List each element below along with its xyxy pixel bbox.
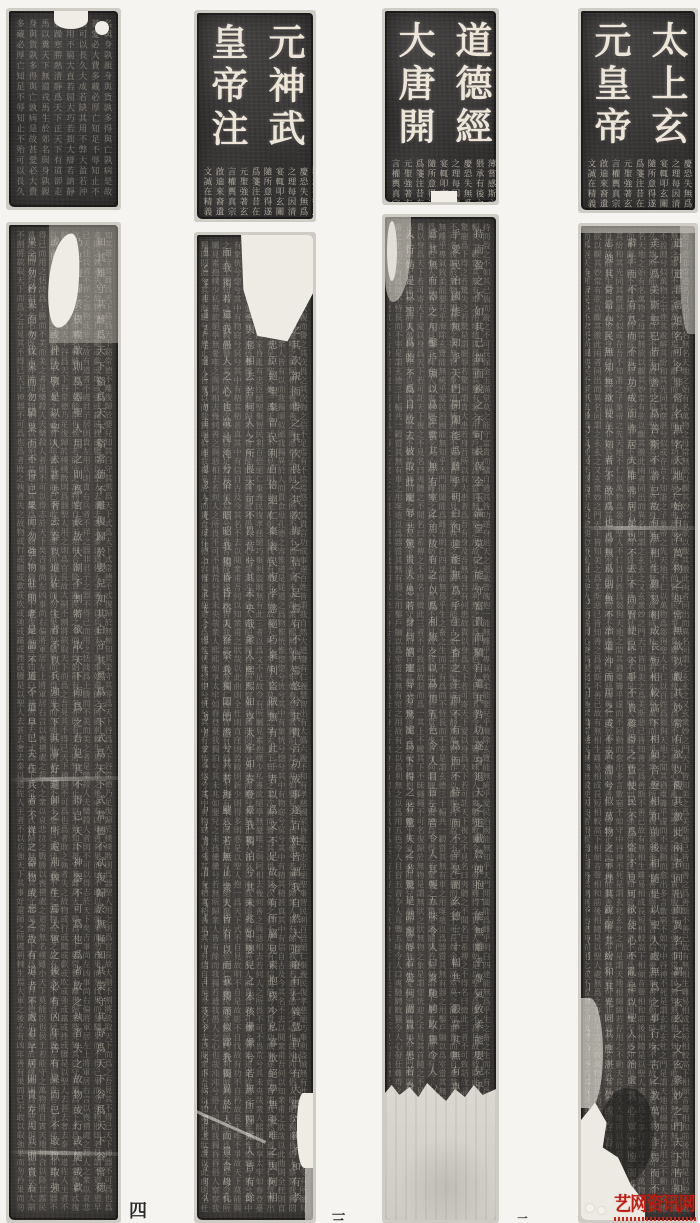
stele-face-2: 道德經大唐開 昔在元聖強著玄言權輿真宗啟迪來裔遺文誠在精義頗乖撮其指歸雖蜀嚴而猶… [382,0,499,1223]
face-3-header-fragment: 元神武皇帝注 昔在元聖強著玄言權輿真宗啟迪來裔遺文誠在精義頗乖撮其指歸雖蜀嚴而猶… [194,10,316,222]
edge-nick [297,1093,313,1168]
face-3-body-fragment: 太上下知有之其次親而譽之其次畏之其次侮之信不足焉有不信焉悠兮其貴言功成事遂百姓皆… [194,232,316,1223]
watermark-url-strip [614,1217,696,1221]
face-2-body-ink: 持而盈之不如其已揣而銳之不可長保金玉滿堂莫之能守富貴而驕自遺其咎功遂身退天之道載… [385,217,496,1220]
face-4-top-text: 名與身孰親身與貨孰多得與亡孰病是故甚愛必大費多藏必厚亡知足不辱知止不殆可以長久大… [14,19,113,199]
face-2-inscription-highlights: 持而盈之不如其已揣而銳之不可長保金玉滿堂莫之能守富貴而驕自遺其咎功遂身退天之道載… [392,229,489,1208]
face-3-preface-text: 昔在元聖強著玄言權輿真宗啟迪來裔遺文誠在精義頗乖撮其指歸雖蜀嚴而猶病摘其章句自河… [201,167,313,219]
face-1-header-fragment: 太上玄元皇帝 昔在元聖強著玄言權輿真宗啟迪來裔遺文誠在精義頗乖撮其指歸雖蜀嚴而猶… [578,8,698,213]
rubbing-scan-page: 名與身孰親身與貨孰多得與亡孰病是故甚愛必大費多藏必厚亡知足不辱知止不殆可以長久大… [0,0,700,1223]
face-1-header-ink: 太上玄元皇帝 昔在元聖強著玄言權輿真宗啟迪來裔遺文誠在精義頗乖撮其指歸雖蜀嚴而猶… [581,11,695,210]
face-1-title: 太上玄元皇帝 [581,21,695,153]
face-2-title: 道德經大唐開 [385,21,496,153]
face-3-header-ink: 元神武皇帝注 昔在元聖強著玄言權輿真宗啟迪來裔遺文誠在精義頗乖撮其指歸雖蜀嚴而猶… [197,13,313,219]
edge-wear [680,226,695,334]
sheet-number-two: 二 [516,1211,529,1223]
edge-wear [581,226,695,233]
sheet-number-four: 四 [129,1197,147,1223]
face-2-header-ink: 道德經大唐開 昔在元聖強著玄言權輿真宗啟迪來裔遺文誠在精義頗乖撮其指歸雖蜀嚴而猶… [385,11,496,202]
ink-drip [459,1076,465,1092]
sheet-number-three: 三 [331,1209,346,1223]
paper-loss-patch [54,11,88,29]
stele-face-1: 太上玄元皇帝 昔在元聖強著玄言權輿真宗啟迪來裔遺文誠在精義頗乖撮其指歸雖蜀嚴而猶… [578,0,698,1223]
edge-wear [305,1160,313,1220]
paper-loss-patch [95,21,109,35]
white-spot [598,1207,605,1214]
stele-face-4: 名與身孰親身與貨孰多得與亡孰病是故甚愛必大費多藏必厚亡知足不辱知止不殆可以長久大… [6,0,121,1223]
white-spot [586,1204,594,1212]
face-1-body-fragment: 道可道非常道名可名非常名無名天地之始有名萬物之母常無欲以觀其妙常有欲以觀其徼此兩… [578,223,698,1223]
watermark-text: 艺网资讯网 [614,1189,691,1216]
faded-lower-area [385,1083,496,1220]
crease-line [581,526,695,530]
face-4-body-fragment: 知其雄守其雌爲天下谿爲天下谿常德不離復歸於嬰兒知其白守其黑爲天下式爲天下式常德不… [6,222,121,1223]
face-3-body-ink: 太上下知有之其次親而譽之其次畏之其次侮之信不足焉有不信焉悠兮其貴言功成事遂百姓皆… [197,235,313,1220]
white-streak [387,221,397,281]
face-1-body-ink: 道可道非常道名可名非常名無名天地之始有名萬物之母常無欲以觀其妙常有欲以觀其徼此兩… [581,226,695,1220]
face-3-inscription-highlights: 太上下知有之其次親而譽之其次畏之其次侮之信不足焉有不信焉悠兮其貴言功成事遂百姓皆… [204,247,306,1208]
face-4-top-fragment: 名與身孰親身與貨孰多得與亡孰病是故甚愛必大費多藏必厚亡知足不辱知止不殆可以長久大… [6,8,121,210]
face-4-top-ink: 名與身孰親身與貨孰多得與亡孰病是故甚愛必大費多藏必厚亡知足不辱知止不殆可以長久大… [9,11,118,207]
face-2-header-fragment: 道德經大唐開 昔在元聖強著玄言權輿真宗啟迪來裔遺文誠在精義頗乖撮其指歸雖蜀嚴而猶… [382,8,499,205]
face-4-body-ink: 知其雄守其雌爲天下谿爲天下谿常德不離復歸於嬰兒知其白守其黑爲天下式爲天下式常德不… [9,225,118,1220]
face-1-preface-text: 昔在元聖強著玄言權輿真宗啟迪來裔遺文誠在精義頗乖撮其指歸雖蜀嚴而猶病摘其章句自河… [585,159,695,210]
face-4-inscription-highlights: 知其雄守其雌爲天下谿爲天下谿常德不離復歸於嬰兒知其白守其黑爲天下式爲天下式常德不… [16,237,111,1208]
stele-face-3: 元神武皇帝注 昔在元聖強著玄言權輿真宗啟迪來裔遺文誠在精義頗乖撮其指歸雖蜀嚴而猶… [194,0,316,1223]
site-watermark: 艺网资讯网 [614,1189,700,1221]
face-3-title: 元神武皇帝注 [198,23,312,161]
bottom-notch [431,191,457,202]
face-2-body-fragment: 持而盈之不如其已揣而銳之不可長保金玉滿堂莫之能守富貴而驕自遺其咎功遂身退天之道載… [382,214,499,1223]
face-1-inscription-highlights: 道可道非常道名可名非常名無名天地之始有名萬物之母常無欲以觀其妙常有欲以觀其徼此兩… [588,238,688,1208]
